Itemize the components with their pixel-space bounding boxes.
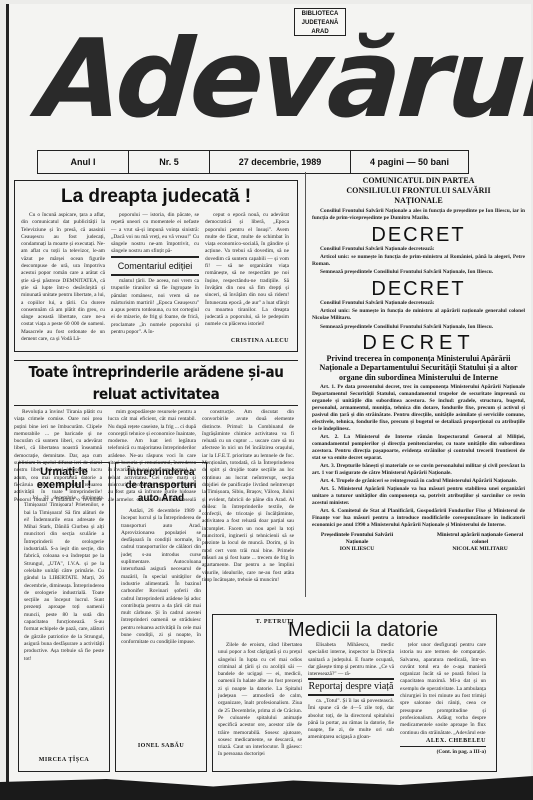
paragraph: Consiliul Frontului Salvării Naționale d…	[312, 300, 525, 307]
report-heading: Reportaj despre viață	[308, 681, 394, 693]
paragraph: Consiliul Frontului Salvării Naționale a…	[312, 208, 525, 223]
decree-3-body: Art. 1. Pe data prezentului decret, trec…	[312, 384, 525, 530]
follow-example-article: Urmați-le exemplul ! Joi, 21 decembrie, …	[18, 462, 110, 772]
signature-left: Președintele Frontului Salvării Național…	[312, 532, 402, 553]
paragraph: construcție. Am discutat din convorbiril…	[202, 409, 294, 584]
paragraph: Semnează președintele Consiliului Frontu…	[312, 269, 525, 276]
issue-price: 4 pagini — 50 bani	[351, 151, 468, 173]
paragraph-block: mântul țării. De aceea, noi vrem ca trup…	[111, 278, 199, 352]
decree-2-title: DECRET	[312, 278, 525, 300]
author-signature: ALEX. CHEBELEU	[400, 738, 486, 744]
title-line: COMUNICATUL DIN PARTEA	[312, 176, 525, 186]
paragraph-block: Elisabeta Mihăescu, medic specialist int…	[308, 642, 394, 678]
decree-signatures: Președintele Frontului Salvării Național…	[312, 532, 525, 553]
issue-info-bar: Anul I Nr. 5 27 decembrie, 1989 4 pagini…	[37, 150, 469, 174]
paragraph: Elisabeta Mihăescu, medic specialist int…	[308, 642, 394, 678]
paragraph: Art. 6. Comitetul de Stat al Planificări…	[312, 508, 525, 529]
paragraph: Articol unic: se numește în funcția de p…	[312, 254, 525, 269]
masthead-title: Adevărul	[36, 30, 483, 130]
divider	[308, 694, 394, 696]
title-line: CONSILIULUI FRONTULUI SALVĂRII	[312, 186, 525, 196]
paragraph: Articol unic: Se numește în funcția de m…	[312, 308, 525, 323]
paragraph: ca. „Totul". Și îi las să povestească. Î…	[308, 698, 394, 742]
paragraph: țelor unor desfigurați pentru care istor…	[400, 642, 486, 737]
issue-number: Nr. 5	[129, 151, 210, 173]
transport-article: Întreprinderea de transporturi auto Arad…	[115, 462, 207, 772]
doctors-column-2: Elisabeta Mihăescu, medic specialist int…	[308, 642, 394, 766]
paragraph: Joi, 21 decembrie, dimineața. Timișoara!…	[24, 495, 104, 663]
industry-column-3: construcție. Am discutat din convorbiril…	[202, 409, 294, 625]
author-signature: MIRCEA ȚÎȘCA	[24, 757, 104, 763]
lead-column-1: Cu o încună aspicare, țara a aflat, din …	[21, 212, 105, 350]
paragraph: Art. 1. Pe data prezentului decret, trec…	[312, 384, 525, 433]
divider	[400, 746, 486, 747]
signature-role: Președintele Frontului Salvării Național…	[312, 532, 402, 546]
newspaper-page: BIBLIOTECA JUDEȚEANĂ ARAD Adevărul Anul …	[6, 4, 531, 792]
industry-headline: Toate întreprinderile arădene și-au relu…	[14, 360, 298, 406]
paragraph: Consiliul Frontului Salvării Naționale d…	[312, 246, 525, 253]
lead-article: La dreapta judecată ! Cu o încună aspica…	[14, 180, 298, 352]
doctors-article: Medicii la datorie Zilele de eroism, cân…	[212, 614, 497, 772]
paragraph-block: Joi, 21 decembrie, dimineața. Timișoara!…	[24, 495, 104, 757]
paragraph: Art. 4. Trupele de grăniceri se reintegr…	[312, 478, 525, 485]
comment-heading: Comentariul ediției	[111, 258, 199, 274]
signature-name: NICOLAE MILITARU	[435, 546, 525, 553]
paragraph: mântul țării. De aceea, noi vrem ca trup…	[111, 278, 199, 336]
official-decrees: COMUNICATUL DIN PARTEA CONSILIULUI FRONT…	[305, 172, 525, 597]
paragraph-block: ca. „Totul". Și îi las să povestească. Î…	[308, 698, 394, 746]
doctors-column-3: țelor unor desfigurați pentru care istor…	[400, 642, 486, 766]
author-signature: IONEL SABĂU	[121, 743, 201, 749]
follow-headline: Urmați-le exemplul !	[24, 466, 104, 492]
paragraph-block: ceput o epocă nouă, cu adevărat democrat…	[205, 212, 289, 338]
title-line: NAȚIONALE	[312, 196, 525, 206]
paragraph: Zilele de eroism, când libertatea unui p…	[218, 642, 302, 759]
decree-1-body: Consiliul Frontului Salvării Naționale d…	[312, 246, 525, 278]
author-signature: CRISTINA ALECU	[205, 338, 289, 344]
decree-2-body: Consiliul Frontului Salvării Naționale d…	[312, 300, 525, 332]
issue-date: 27 decembrie, 1989	[210, 151, 351, 173]
decree-1-title: DECRET	[312, 224, 525, 246]
paragraph: Semnează președintele Consiliului Frontu…	[312, 324, 525, 331]
transport-headline: Întreprinderea de transporturi auto Arad	[121, 466, 201, 505]
paragraph-block: construcție. Am discutat din convorbiril…	[202, 409, 294, 619]
decree-3-subtitle: Privind trecerea în componența Ministeru…	[312, 354, 525, 383]
continued-note: (Cont. în pag. a III-a)	[400, 749, 486, 756]
paragraph-block: Astăzi, 26 decembrie 1989 a început lucr…	[121, 508, 201, 743]
issue-year: Anul I	[38, 151, 129, 173]
lead-column-2: poporului — istoria, din păcate, se repe…	[111, 212, 199, 352]
paragraph-block: poporului — istoria, din păcate, se repe…	[111, 212, 199, 254]
paragraph: Cu o încună aspicare, țara a aflat, din …	[21, 212, 105, 343]
decree-3-title: DECRET	[312, 332, 525, 354]
paragraph: Art. 2. La Ministerul de Interne rămân I…	[312, 434, 525, 462]
signature-right: Ministrul apărării naționale General col…	[435, 532, 525, 553]
communique-title: COMUNICATUL DIN PARTEA CONSILIULUI FRONT…	[312, 176, 525, 206]
paragraph-block: țelor unor desfigurați pentru care istor…	[400, 642, 486, 738]
signature-name: ION ILIESCU	[312, 546, 402, 553]
communique-body: Consiliul Frontului Salvării Naționale a…	[312, 208, 525, 224]
doctors-column-1: Zilele de eroism, când libertatea unui p…	[218, 642, 302, 766]
paragraph: Astăzi, 26 decembrie 1989 a început lucr…	[121, 508, 201, 647]
paragraph: Art. 5. Ministerul Apărării Naționale va…	[312, 486, 525, 507]
divider	[308, 678, 394, 680]
lead-headline: La dreapta judecată !	[21, 185, 291, 209]
lead-column-3: ceput o epocă nouă, cu adevărat democrat…	[205, 212, 289, 352]
signature-role: Ministrul apărării naționale General col…	[435, 532, 525, 546]
doctors-headline: Medicii la datorie	[218, 618, 491, 642]
divider	[111, 274, 199, 276]
paragraph: ceput o epocă nouă, cu adevărat democrat…	[205, 212, 289, 329]
paragraph: poporului — istoria, din păcate, se repe…	[111, 212, 199, 254]
paragraph: Art. 3. Drepturile bănești și materiale …	[312, 463, 525, 477]
